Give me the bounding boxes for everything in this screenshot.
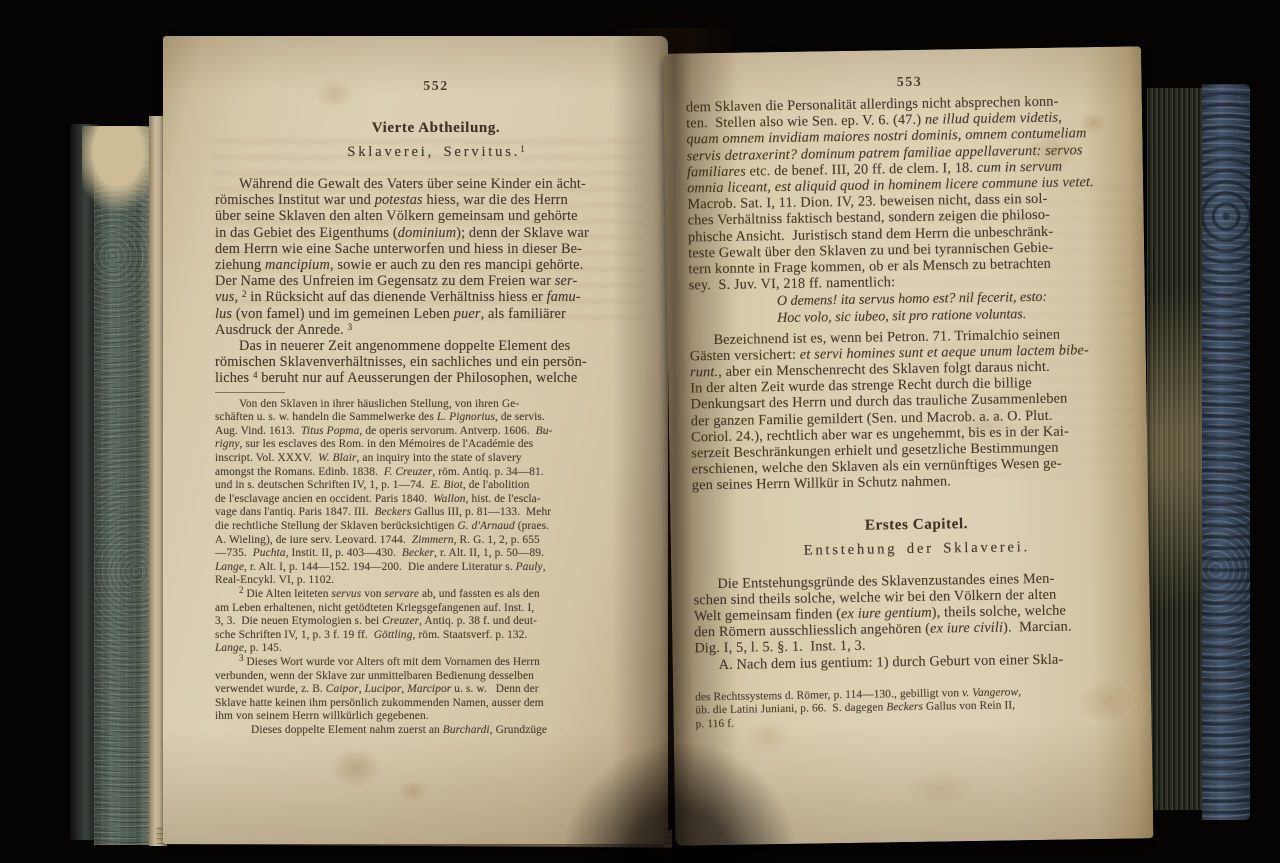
text-segment: p. 116 f. (695, 718, 734, 731)
text-segment: servis detraxerint? dominum patrem famil… (687, 142, 1083, 164)
text-line: Der Name des Unfreien im Gegensatz zu de… (215, 273, 657, 289)
text-segment: ); denn der Sklave war (456, 225, 589, 241)
text-line: Die Entstehungsgründe des Sklavenzustand… (693, 569, 1141, 592)
text-segment: der ganzen Familie gemildert (Sen. und M… (691, 407, 1053, 429)
text-line: Entstehung der Sklaverei. (693, 538, 1141, 560)
foxing-stain (1078, 680, 1134, 724)
text-segment: Die Entstehungsgründe des Sklavenzustand… (717, 570, 1054, 591)
text-segment: Gästen versichert: (690, 347, 800, 365)
subheading-block: Sklaverei, Servitus.1 (215, 145, 657, 160)
text-segment: famu- (547, 289, 581, 305)
text-segment: Vierte Abtheilung. (372, 120, 501, 136)
text-segment: A. Nach dem ius gentium: 1) durch Geburt… (719, 651, 1064, 672)
text-segment: —735. (215, 547, 253, 559)
text-line: Hoc volo, sic iubeo, sit pro ratione vol… (689, 305, 1137, 329)
text-segment: , aber ein Menschenrecht des Sklaven fol… (718, 359, 1050, 380)
text-line: Lange, p. 145. (215, 642, 657, 656)
text-segment: Bu- (536, 425, 553, 437)
text-segment: omnia liceant, est aliquid quod in homin… (687, 174, 1094, 196)
text-line: A. Wieling), de iure serv. Leovard. 1744… (215, 534, 657, 548)
text-segment: Beckers (886, 701, 923, 714)
text-line: In der alten Zeit wurde das strenge Rech… (690, 374, 1138, 397)
fn-block: des Rechtssystems d. Römer, p. 114—130.,… (695, 684, 1144, 732)
text-segment: E. Biot (431, 479, 463, 491)
text-segment: Caipor (326, 683, 359, 695)
left-page: 552 Vierte Abtheilung.Sklaverei, Servitu… (163, 36, 668, 844)
text-segment: gen seines Herrn Willkür in Schutz nahme… (692, 474, 951, 494)
text-segment: , sowie er auch zu den res mancipi gehör… (330, 257, 583, 273)
text-segment: über seine Sklaven den alten Völkern gem… (215, 208, 578, 224)
verse-block: O demens! ita servus homo est? nil fecer… (689, 289, 1137, 329)
text-line: phische Ansicht. Juristisch stand dem He… (688, 222, 1136, 245)
page-number: 553 (685, 70, 1133, 93)
text-line: gen seines Herrn Willkür in Schutz nahme… (692, 471, 1140, 494)
text-line: inscript. Vol. XXXV. W. Blair, an inquir… (215, 452, 657, 466)
text-segment: Aug. Vind. 1613. (215, 425, 301, 437)
text-segment: serzeit Beschränkungen erhielt und geset… (691, 440, 1059, 462)
text-line: rigny, sur les esclaves des Rom. in den … (215, 438, 657, 452)
text-segment: rigny (215, 438, 240, 450)
right-marbled-cover (1202, 84, 1250, 820)
text-segment: A. Wieling), de iure serv. Leovard. 1744… (215, 534, 412, 546)
text-line: verbunden, wenn der Sklave zur unmittelb… (215, 670, 657, 684)
text-segment: Zimmern (412, 534, 454, 546)
text-segment: , Instit. II, p. 403—430. (286, 547, 402, 559)
text-segment: ne illud quidem videtis, (925, 110, 1062, 128)
text-segment: F. Creuzer (384, 466, 432, 478)
right-page-content: 553 dem Sklaven die Personalität allerdi… (685, 70, 1143, 732)
para-block: A. Nach dem ius gentium: 1) durch Geburt… (695, 650, 1143, 673)
text-segment: , (543, 561, 546, 573)
text-segment: Dieses Wort wurde vor Alters oft mit dem… (244, 656, 540, 668)
text-segment: ). Marcian. (1003, 619, 1072, 636)
text-segment: , als familiärer (481, 306, 566, 322)
left-page-content: 552 Vierte Abtheilung.Sklaverei, Servitu… (215, 78, 657, 737)
text-segment: ches Verhältniss faktisch bestand, sonde… (688, 207, 1051, 229)
text-segment: Gallus III, p. 81—133. Mehr (411, 506, 551, 518)
text-line: Dieses doppelte Element nahm zuerst an B… (215, 724, 657, 738)
text-segment: von (361, 588, 384, 600)
text-segment: den Römern ausschliesslich angehören ( (694, 621, 930, 641)
text-segment: etc. de benef. III, 20 ff. de clem. I, 1… (746, 160, 977, 180)
text-segment: Dieses doppelte Element nahm zuerst an (251, 724, 443, 736)
footnote-marker: 1 (520, 144, 525, 154)
text-segment: Gallus von Rein II, (923, 700, 1015, 713)
text-segment: Sklaverei, Servitus. (347, 144, 520, 160)
text-segment: , röm. Antiq. p. 34—81. (432, 466, 543, 478)
footnote-marker: 3 (348, 322, 353, 332)
foxing-stain (398, 780, 428, 802)
text-segment: runt. (690, 364, 718, 380)
text-line: Ausdruck der Anrede. 3 (215, 322, 657, 338)
text-line: und in s. deutschen Schriften IV, 1, p. … (215, 479, 657, 493)
text-segment: verwendet wurde, z. B. (215, 683, 326, 695)
left-page-text: Vierte Abtheilung.Sklaverei, Servitus.1W… (215, 120, 657, 737)
text-segment: , Antiq. p. 38 f. und deut- (419, 615, 537, 627)
text-segment: Real-Encykl. VI, p. 1102. (215, 574, 334, 586)
footnote-marker: 4 (253, 370, 258, 380)
text-line: teste Gewalt über den Sklaven zu und bei… (688, 238, 1136, 261)
text-segment: Das in neuerer Zeit angenommene doppelte… (239, 338, 570, 354)
para-block: dem Sklaven die Personalität allerdings … (686, 92, 1137, 293)
text-segment: Beckers (375, 506, 412, 518)
text-segment: inscript. Vol. XXXV. (215, 452, 318, 464)
text-segment: Erstes Capitel. (865, 516, 968, 534)
text-line: sche Schriften IV, 1, p. 3 f. 19 ff. Göt… (215, 629, 657, 643)
text-segment: schäften u. s. w. handeln die Sammelwerk… (215, 411, 437, 423)
text-segment: teste Gewalt über den Sklaven zu und bei… (688, 240, 1053, 262)
text-segment: Puchta (253, 547, 286, 559)
text-line: lus (von famel) und im gemeinen Leben pu… (215, 306, 657, 322)
text-segment: die rechtliche Stellung der Sklaven berü… (215, 520, 457, 532)
text-segment: Hoc volo, sic iubeo, sit pro ratione vol… (777, 307, 1026, 326)
text-segment: (praes. (515, 520, 549, 532)
text-line: Bezeichnend ist es, wenn bei Petron. 71.… (689, 325, 1137, 348)
text-segment: mancipium (265, 257, 330, 273)
text-segment: et servi homines sunt et aeque unum lact… (800, 342, 1089, 363)
text-segment: Sklave hatte keinen ihm persönlich zukom… (215, 697, 544, 709)
text-segment: , r. Alt. II, 1, p. 50—89. (434, 547, 544, 559)
text-line: am Leben erhaltenen, nicht getödteten Kr… (215, 602, 657, 616)
text-segment: W. Blair (318, 452, 356, 464)
text-segment: Burchardi (443, 724, 490, 736)
text-line: des Rechtssystems d. Römer, p. 114—130.,… (695, 684, 1143, 705)
text-segment: in Rücksicht auf das dienende Verhältnis… (246, 289, 546, 305)
text-segment: de l'esclavage ancien en occident. Paris… (215, 493, 433, 505)
text-segment: Wallon (433, 493, 465, 505)
fn-block: 2 Die Alten leiteten servus von servare … (215, 588, 657, 656)
text-segment: , de servis. (495, 411, 545, 423)
footnote-marker: 3 (239, 653, 244, 663)
left-cover-edge (70, 124, 98, 840)
text-line: de l'esclavage ancien en occident. Paris… (215, 493, 657, 507)
ink-bleed-through (885, 185, 1135, 475)
text-line: serzeit Beschränkungen erhielt und geset… (691, 438, 1139, 461)
text-line: sey. S. Juv. VI, 218 ff. namentlich: (689, 271, 1137, 294)
text-segment: hiess, war die des Herrn (423, 192, 568, 208)
text-line: Gästen versichert: et servi homines sunt… (690, 341, 1138, 364)
text-segment: , Grundzüge (490, 724, 547, 736)
text-line: ziehung mancipium, sowie er auch zu den … (215, 257, 657, 273)
heading-block: Erstes Capitel. (692, 513, 1140, 536)
text-line: O demens! ita servus homo est? nil fecer… (689, 289, 1137, 313)
text-line: familiares etc. de benef. III, 20 ff. de… (687, 157, 1135, 180)
text-segment: Denkungsart des Herrn und durch das trau… (690, 391, 1067, 413)
text-segment: quam omnem invidiam maiores nostri domin… (686, 126, 1086, 148)
text-segment: , (401, 683, 407, 695)
text-line: Während die Gewalt des Vaters über seine… (215, 176, 657, 192)
heading-block: Vierte Abtheilung. (215, 120, 657, 136)
fn-block: Dieses doppelte Element nahm zuerst an B… (215, 724, 657, 738)
text-segment: Die Alten leiteten (244, 588, 332, 600)
subheading-block: Entstehung der Sklaverei. (693, 538, 1141, 560)
text-line: Denkungsart des Herrn und durch das trau… (690, 390, 1138, 413)
text-segment: Becker (402, 547, 434, 559)
text-segment: phische Ansicht. Juristisch stand dem He… (688, 223, 1054, 245)
right-page-text: dem Sklaven die Personalität allerdings … (686, 92, 1144, 732)
para-block: Während die Gewalt des Vaters über seine… (215, 176, 657, 338)
book-photo: 552 Vierte Abtheilung.Sklaverei, Servitu… (0, 0, 1280, 863)
text-segment: Creuzer (382, 615, 419, 627)
text-line: verwendet wurde, z. B. Caipor, Lucipor, … (215, 683, 657, 697)
text-line: römisches Institut war und potestas hies… (215, 192, 657, 208)
text-segment: , sur les esclaves des Rom. in den Mémoi… (240, 438, 534, 450)
text-line: Lange, r. Alt. I, p. 144—152. 194—200. D… (215, 561, 657, 575)
text-segment: ihm von seinem Herrn willkürlich gegeben… (215, 710, 429, 722)
text-segment: ), theils solche, welche (932, 603, 1066, 621)
right-page: 553 dem Sklaven die Personalität allerdi… (663, 46, 1153, 845)
text-line: dem Sklaven die Personalität allerdings … (686, 92, 1134, 115)
text-segment: servare (385, 588, 419, 600)
text-line: vus, 2 in Rücksicht auf das dienende Ver… (215, 289, 657, 305)
text-segment: servus (332, 588, 362, 600)
text-segment: Lange (215, 642, 244, 654)
gutter-bottom-shadow (560, 740, 800, 863)
text-line: dem Herrn wie eine Sache unterworfen und… (215, 241, 657, 257)
text-segment: familiares (687, 163, 746, 180)
text-segment: cum in servum (977, 158, 1063, 175)
foxing-stain (330, 748, 382, 788)
text-segment: dem Sklaven die Personalität allerdings … (686, 94, 1059, 116)
text-segment: dem Herrn wie eine Sache unterworfen und… (215, 241, 582, 257)
text-segment: , de l'abolition (463, 479, 530, 491)
text-segment: Coriol. 24.), rechtlich aber war es unge… (691, 423, 1069, 445)
text-line: Dig. I, 5, l. 5. §. 1. Inst. 1, 3. (694, 634, 1142, 657)
text-segment: römischen Sklavenverhältnisses, ein sach… (215, 354, 587, 370)
para-block: Das in neuerer Zeit angenommene doppelte… (215, 338, 657, 387)
text-segment: Welt gemeinsam finden ( (694, 606, 841, 624)
foxing-stain (1080, 112, 1106, 134)
text-segment: In der alten Zeit wurde das strenge Rech… (690, 375, 1032, 396)
text-segment: Bezeichnend ist es, wenn bei Petron. 71.… (713, 326, 1060, 347)
text-segment: O demens! ita servus homo est? nil fecer… (777, 290, 1047, 309)
footnote-marker: 2 (239, 585, 244, 595)
foxing-stain (745, 718, 791, 754)
gutter-shadow (612, 28, 738, 850)
text-line: 2 Die Alten leiteten servus von servare … (215, 588, 657, 602)
foxing-stain (315, 80, 355, 108)
text-line: Sklaverei, Servitus.1 (215, 145, 657, 160)
text-segment: verbunden, wenn der Sklave zur unmittelb… (215, 670, 534, 682)
text-segment: , (1018, 686, 1021, 698)
text-line: Von den Sklaven in ihrer häuslichen Stel… (215, 398, 657, 412)
text-line: liches 4 beruht nur auf Aeusserungen der… (215, 370, 657, 386)
text-line: üb. die Latini Juniani, p. 66. S. dagege… (695, 698, 1143, 719)
text-segment: Göttling (374, 629, 413, 641)
text-line: Sklave hatte keinen ihm persönlich zukom… (215, 697, 657, 711)
fn-block: Von den Sklaven in ihrer häuslichen Stel… (215, 398, 657, 588)
text-segment: üb. die Latini Juniani, p. 66. S. dagege… (695, 702, 886, 717)
text-line: die rechtliche Stellung der Sklaven berü… (215, 520, 657, 534)
foxing-stain (955, 400, 1015, 448)
text-line: A. Nach dem ius gentium: 1) durch Geburt… (695, 650, 1143, 673)
text-line: über seine Sklaven den alten Völkern gem… (215, 208, 657, 224)
text-segment: , hist. de l'escla- (466, 493, 541, 505)
fnsep-block (215, 392, 285, 393)
text-line: Macrob. Sat. I, 11. Dion. IV, 23. beweis… (687, 190, 1135, 213)
text-line: ches Verhältniss faktisch bestand, sonde… (688, 206, 1136, 229)
text-segment: des Rechtssystems d. Römer, p. 114—130.,… (695, 687, 962, 703)
right-page-stack-edge (1147, 88, 1205, 810)
text-segment: tern konnte in Frage kommen, ob er als M… (688, 256, 1051, 278)
left-page-stack-edge (149, 116, 167, 846)
text-line: amongst the Romans. Edinb. 1838. F. Creu… (215, 466, 657, 480)
text-line: den Römern ausschliesslich angehören (ex… (694, 618, 1142, 641)
text-segment: Ausdruck der Anrede. (215, 322, 348, 338)
text-line: Welt gemeinsam finden (ex iure gentium),… (694, 601, 1142, 624)
text-line: quam omnem invidiam maiores nostri domin… (686, 125, 1134, 148)
text-segment: v. Vangerow (962, 686, 1018, 699)
text-line: Coriol. 24.), rechtlich aber war es unge… (691, 422, 1139, 445)
text-segment: lus (215, 306, 232, 322)
text-segment: sche Schriften IV, 1, p. 3 f. 19 ff. (215, 629, 374, 641)
text-line: ten. Stellen also wie Sen. ep. V. 6. (47… (686, 109, 1134, 132)
text-segment: Titus Popma (301, 425, 359, 437)
text-segment: vage dans l'antiq. Paris 1847. III. (215, 506, 375, 518)
text-line: Vierte Abtheilung. (215, 120, 657, 136)
para-block: Bezeichnend ist es, wenn bei Petron. 71.… (689, 325, 1139, 494)
text-segment: Während die Gewalt des Vaters über seine… (239, 176, 586, 192)
bottom-page-stack-left (156, 826, 672, 848)
text-line: der ganzen Familie gemildert (Sen. und M… (691, 406, 1139, 429)
text-segment: liches (215, 370, 253, 386)
text-segment: beruht nur auf Aeusserungen der Philosop… (257, 370, 577, 386)
text-segment: ex iure civili (930, 620, 1003, 637)
text-line: erschienen, welche den Sklaven als ein v… (691, 455, 1139, 478)
text-segment: ab, und fassten es als den (419, 588, 540, 600)
text-segment: u. s. w. Denn der (451, 683, 538, 695)
text-segment: , röm. Staatsverf. p. 132. (413, 629, 528, 641)
text-line: p. 116 f. (695, 711, 1143, 732)
text-segment: sey. S. Juv. VI, 218 ff. namentlich: (689, 274, 896, 293)
text-line: 3, 3. Die neuen Etymologien s. bei Creuz… (215, 615, 657, 629)
foxing-stain (1025, 132, 1077, 172)
foxing-stain (905, 770, 975, 810)
text-segment: Pauly (516, 561, 543, 573)
text-segment: , (359, 683, 365, 695)
text-segment: , p. 145. (244, 642, 282, 654)
ink-bleed-through (212, 140, 642, 325)
text-line: ihm von seinem Herrn willkürlich gegeben… (215, 710, 657, 724)
text-segment: potestas (375, 192, 423, 208)
text-segment: ser- (555, 273, 578, 289)
text-segment: Marcipor (407, 683, 451, 695)
text-segment: L. Pignorius (437, 411, 495, 423)
text-segment: Macrob. Sat. I, 11. Dion. IV, 23. beweis… (687, 191, 1047, 213)
text-segment: Entstehung der Sklaverei. (804, 539, 1031, 559)
text-segment: Von den Sklaven in ihrer häuslichen Stel… (239, 398, 519, 410)
text-segment: ex iure gentium (841, 605, 932, 622)
text-line: runt., aber ein Menschenrecht des Sklave… (690, 357, 1138, 380)
page-number: 552 (215, 78, 657, 94)
text-segment: dominium (398, 225, 456, 241)
text-segment: , r. Alt. I, p. 144—152. 194—200. Die an… (244, 561, 516, 573)
text-line: römischen Sklavenverhältnisses, ein sach… (215, 354, 657, 370)
text-segment: (von famel) und im gemeinen Leben (232, 306, 454, 322)
text-line: tern konnte in Frage kommen, ob er als M… (688, 254, 1136, 277)
text-line: —735. Puchta, Instit. II, p. 403—430. Be… (215, 547, 657, 561)
para-block: Die Entstehungsgründe des Sklavenzustand… (693, 569, 1142, 657)
text-segment: , de operis servorum. Antverp. 1606. (359, 425, 535, 437)
text-line: vage dans l'antiq. Paris 1847. III. Beck… (215, 506, 657, 520)
text-line: schen sind theils solche, welche wir bei… (694, 585, 1142, 608)
text-segment: amongst the Romans. Edinb. 1838. (215, 466, 384, 478)
left-marbled-fore-edge (94, 127, 156, 845)
text-line: servis detraxerint? dominum patrem famil… (687, 141, 1135, 164)
text-segment: in das Gebiet des Eigenthums ( (215, 225, 398, 241)
text-segment: schen sind theils solche, welche wir bei… (694, 587, 1057, 609)
text-segment: ziehung (215, 257, 265, 273)
text-segment: 3, 3. Die neuen Etymologien s. bei (215, 615, 382, 627)
text-segment: Der Name des Unfreien im Gegensatz zu de… (215, 273, 555, 289)
text-line: in das Gebiet des Eigenthums (dominium);… (215, 225, 657, 241)
text-line: Erstes Capitel. (692, 513, 1140, 536)
text-segment: G. d'Arnaud (457, 520, 514, 532)
footnote-marker: 2 (242, 289, 247, 299)
text-segment: römisches Institut war und (215, 192, 375, 208)
text-segment: Dig. I, 5, l. 5. §. 1. Inst. 1, 3. (694, 638, 865, 657)
text-segment: Lange (215, 561, 244, 573)
text-segment: , R. G. 1, 2, p. 655 (454, 534, 540, 546)
text-segment: , an inquiry into the state of slavery (357, 452, 522, 464)
bottom-page-stack-right (678, 820, 1152, 844)
text-segment: puer (454, 306, 481, 322)
text-segment: vus (215, 289, 235, 305)
text-segment: erschienen, welche den Sklaven als ein v… (691, 456, 1061, 478)
text-segment: und in s. deutschen Schriften IV, 1, p. … (215, 479, 431, 491)
worn-corner-patch (82, 126, 162, 212)
fn-block: 3 Dieses Wort wurde vor Alters oft mit d… (215, 656, 657, 724)
text-line: Aug. Vind. 1613. Titus Popma, de operis … (215, 425, 657, 439)
text-segment: Lucipor (365, 683, 402, 695)
text-segment: ten. Stellen also wie Sen. ep. V. 6. (47… (686, 112, 925, 132)
text-line: Das in neuerer Zeit angenommene doppelte… (215, 338, 657, 354)
text-line: omnia liceant, est aliquid quod in homin… (687, 173, 1135, 196)
text-segment: am Leben erhaltenen, nicht getödteten Kr… (215, 602, 534, 614)
text-line: Real-Encykl. VI, p. 1102. (215, 574, 657, 588)
text-segment: , (235, 289, 242, 305)
text-line: 3 Dieses Wort wurde vor Alters oft mit d… (215, 656, 657, 670)
text-line: schäften u. s. w. handeln die Sammelwerk… (215, 411, 657, 425)
